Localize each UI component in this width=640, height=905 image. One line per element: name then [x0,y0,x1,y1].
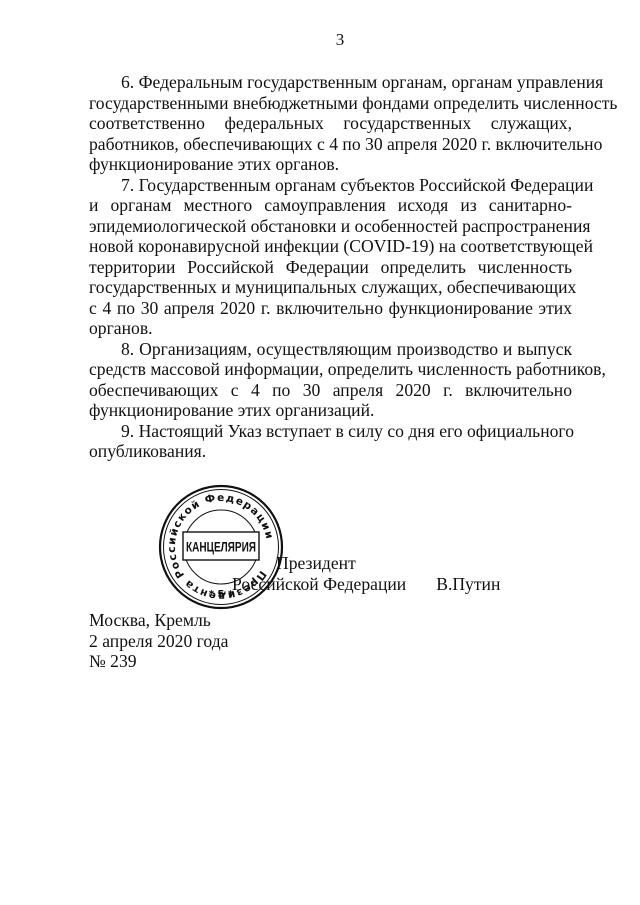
text-line: 9. Настоящий Указ вступает в силу со дня… [89,421,572,442]
text-line: 6. Федеральным государственным органам, … [89,72,572,93]
text-line: работников, обеспечивающих с 4 по 30 апр… [89,134,572,155]
text-line: функционирование этих организаций. [89,400,572,421]
signing-date: 2 апреля 2020 года [89,631,228,652]
text-line: опубликования. [89,441,572,462]
signing-place: Москва, Кремль [89,610,228,631]
text-line: средств массовой информации, определить … [89,359,572,380]
paragraph-7: 7. Государственным органам субъектов Рос… [89,175,572,339]
text-line: обеспечивающих с 4 по 30 апреля 2020 г. … [89,380,572,401]
text-line: органов. [89,318,572,339]
text-line: эпидемиологической обстановки и особенно… [89,216,572,237]
text-line: функционирование этих органов. [89,154,572,175]
text-line: 7. Государственным органам субъектов Рос… [89,175,572,196]
place-date-block: Москва, Кремль 2 апреля 2020 года № 239 [89,610,228,672]
text-line: 8. Организациям, осуществляющим производ… [89,339,572,360]
text-line: новой коронавирусной инфекции (COVID-19)… [89,236,572,257]
text-line: территории Российской Федерации определи… [89,257,572,278]
svg-text:* 5 *: * 5 * [209,589,234,600]
paragraph-9: 9. Настоящий Указ вступает в силу со дня… [89,421,572,462]
page-number: 3 [0,30,640,50]
paragraph-6: 6. Федеральным государственным органам, … [89,72,572,175]
text-line: и органам местного самоуправления исходя… [89,195,572,216]
signatory-name: В.Путин [436,574,500,594]
paragraph-8: 8. Организациям, осуществляющим производ… [89,339,572,421]
decree-body: 6. Федеральным государственным органам, … [89,72,572,462]
text-line: соответственно федеральных государственн… [89,113,572,134]
svg-text:КАНЦЕЛЯРИЯ: КАНЦЕЛЯРИЯ [186,540,256,555]
text-line: государственными внебюджетными фондами о… [89,93,572,114]
text-line: государственных и муниципальных служащих… [89,277,572,298]
official-seal-stamp: Президента Российской Федерации КАНЦЕЛЯР… [158,484,284,610]
decree-number: № 239 [89,651,228,672]
text-line: с 4 по 30 апреля 2020 г. включительно фу… [89,298,572,319]
